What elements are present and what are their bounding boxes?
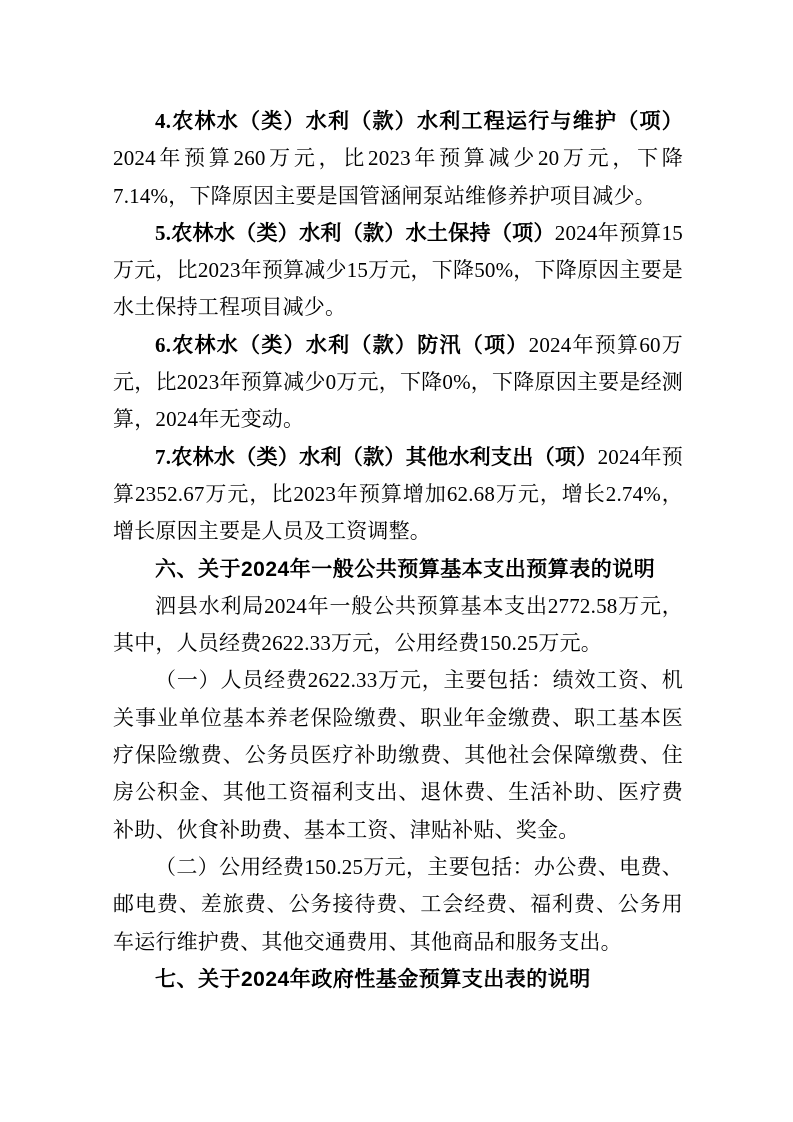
budget-item-6-title: 6.农林水（类）水利（款）防汛（项） — [155, 333, 529, 357]
budget-item-4-text: 2024年预算260万元，比2023年预算减少20万元，下降7.14%，下降原因… — [113, 146, 683, 207]
budget-item-7: 7.农林水（类）水利（款）其他水利支出（项）2024年预算2352.67万元，比… — [113, 439, 683, 551]
budget-item-6: 6.农林水（类）水利（款）防汛（项）2024年预算60万元，比2023年预算减少… — [113, 327, 683, 439]
budget-item-5-title: 5.农林水（类）水利（款）水土保持（项） — [155, 221, 555, 245]
document-page-body: 4.农林水（类）水利（款）水利工程运行与维护（项）2024年预算260万元，比2… — [113, 103, 683, 998]
budget-item-4-title: 4.农林水（类）水利（款）水利工程运行与维护（项） — [155, 109, 683, 133]
budget-item-4: 4.农林水（类）水利（款）水利工程运行与维护（项）2024年预算260万元，比2… — [113, 103, 683, 215]
section-heading-six: 六、关于2024年一般公共预算基本支出预算表的说明 — [113, 551, 683, 588]
basic-expenditure-summary: 泗县水利局2024年一般公共预算基本支出2772.58万元，其中，人员经费262… — [113, 588, 683, 663]
personnel-funds-paragraph: （一）人员经费2622.33万元，主要包括：绩效工资、机关事业单位基本养老保险缴… — [113, 662, 683, 848]
section-heading-seven: 七、关于2024年政府性基金预算支出表的说明 — [113, 961, 683, 998]
public-funds-paragraph: （二）公用经费150.25万元，主要包括：办公费、电费、邮电费、差旅费、公务接待… — [113, 849, 683, 961]
budget-item-7-title: 7.农林水（类）水利（款）其他水利支出（项） — [155, 445, 598, 469]
budget-item-5: 5.农林水（类）水利（款）水土保持（项）2024年预算15万元，比2023年预算… — [113, 215, 683, 327]
